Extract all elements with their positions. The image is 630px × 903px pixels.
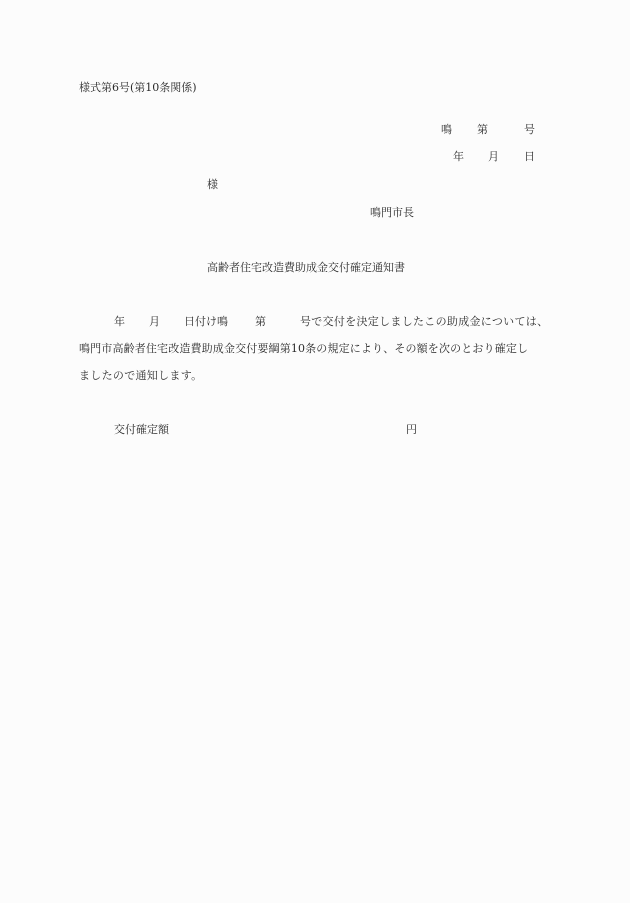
body-month: 月 xyxy=(149,315,160,329)
number-prefix: 鳴 xyxy=(441,123,452,137)
number-go: 号 xyxy=(524,123,535,137)
amount-unit: 円 xyxy=(406,423,417,437)
document-title: 高齢者住宅改造費助成金交付確定通知書 xyxy=(207,261,405,275)
body-year: 年 xyxy=(114,315,125,329)
date-month: 月 xyxy=(488,150,499,164)
number-dai: 第 xyxy=(477,123,488,137)
form-label: 様式第6号(第10条関係) xyxy=(79,81,197,95)
body-line2: 鳴門市高齢者住宅改造費助成金交付要綱第10条の規定により、その額を次のとおり確定… xyxy=(79,342,528,356)
amount-label: 交付確定額 xyxy=(114,423,169,437)
body-day-ref: 日付け鳴 xyxy=(184,315,228,329)
issuer: 鳴門市長 xyxy=(370,206,414,220)
body-line1-rest: 号で交付を決定しましたこの助成金については、 xyxy=(300,315,548,329)
body-line3: ましたので通知します。 xyxy=(79,369,202,383)
body-dai: 第 xyxy=(255,315,266,329)
recipient-honorific: 様 xyxy=(207,178,218,192)
date-year: 年 xyxy=(453,150,464,164)
date-day: 日 xyxy=(524,150,535,164)
